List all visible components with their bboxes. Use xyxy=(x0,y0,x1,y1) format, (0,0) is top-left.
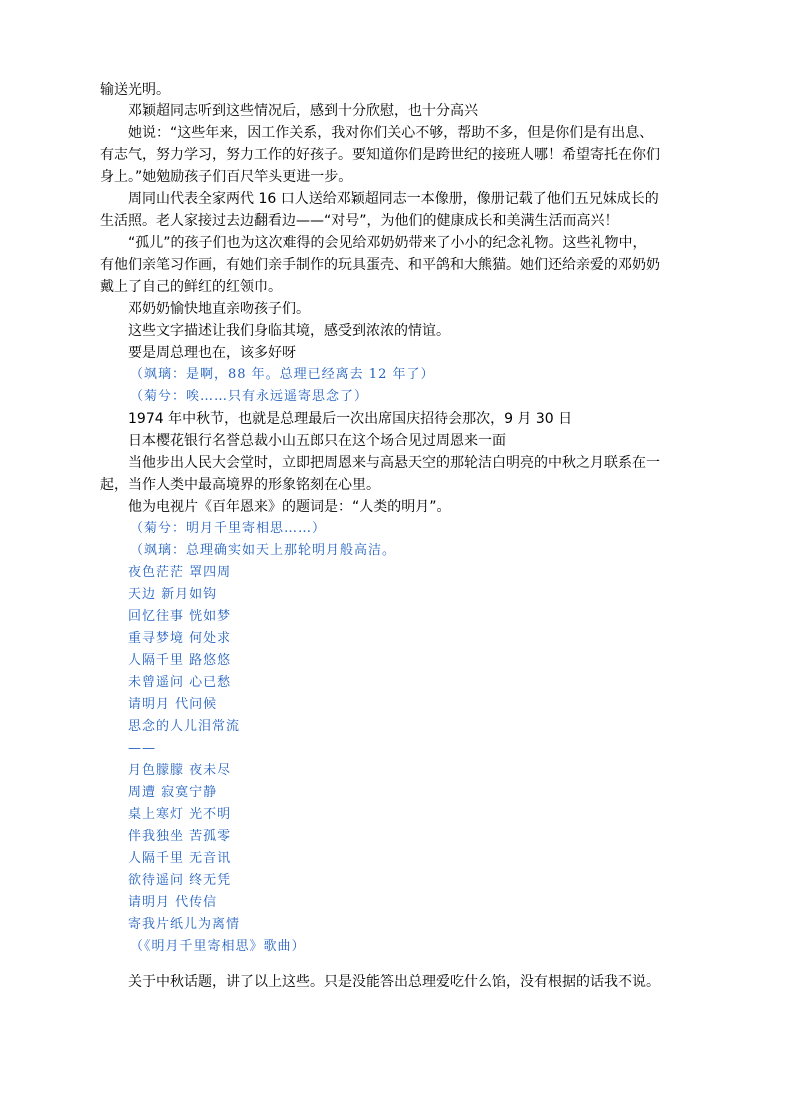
song-lyric-line: 天边 新月如钩 xyxy=(128,585,217,605)
closing-paragraph: 关于中秋话题，讲了以上这些。只是没能答出总理爱吃什么馅，没有根据的话我不说。 xyxy=(128,972,660,992)
song-lyric-line: 请明月 代传信 xyxy=(128,893,217,913)
comment-line: （菊兮：唉……只有永远遥寄思念了） xyxy=(130,387,368,407)
song-lyric-line: 寄我片纸儿为离情 xyxy=(128,915,240,935)
paragraph-line: 要是周总理也在，该多好呀 xyxy=(128,343,296,363)
paragraph-line: 1974 年中秋节，也就是总理最后一次出席国庆招待会那次，9 月 30 日 xyxy=(128,409,572,429)
song-lyric-line: 回忆往事 恍如梦 xyxy=(128,607,231,627)
paragraph-line: 起，当作人类中最高境界的形象铭刻在心里。 xyxy=(100,475,380,495)
paragraph-line: 周同山代表全家两代 16 口人送给邓颖超同志一本像册，像册记载了他们五兄妹成长的 xyxy=(128,189,659,209)
song-lyric-line: 伴我独坐 苦孤零 xyxy=(128,827,231,847)
comment-line: （飒璃：总理确实如天上那轮明月般高洁。 xyxy=(130,541,396,561)
song-separator: —— xyxy=(128,739,156,759)
paragraph-line: 当他步出人民大会堂时，立即把周恩来与高悬天空的那轮洁白明亮的中秋之月联系在一 xyxy=(128,453,660,473)
paragraph-line: 有他们亲笔习作画，有她们亲手制作的玩具蛋壳、和平鸽和大熊猫。她们还给亲爱的邓奶奶 xyxy=(100,255,660,275)
paragraph-line: 日本樱花银行名誉总裁小山五郎只在这个场合见过周恩来一面 xyxy=(128,431,506,451)
song-lyric-line: 请明月 代问候 xyxy=(128,695,217,715)
paragraph-line: 生活照。老人家接过去边翻看边——“对号”，为他们的健康成长和美满生活而高兴！ xyxy=(100,211,619,231)
song-lyric-line: 月色朦朦 夜未尽 xyxy=(128,761,231,781)
song-lyric-line: 桌上寒灯 光不明 xyxy=(128,805,231,825)
paragraph-line: “孤儿”的孩子们也为这次难得的会见给邓奶奶带来了小小的纪念礼物。这些礼物中， xyxy=(128,233,647,253)
song-lyric-line: 思念的人儿泪常流 xyxy=(128,717,240,737)
paragraph-line: 她说：“这些年来，因工作关系，我对你们关心不够，帮助不多，但是你们是有出息、 xyxy=(128,123,653,143)
paragraph-line: 戴上了自己的鲜红的红领巾。 xyxy=(100,277,282,297)
song-lyric-line: 欲待遥问 终无凭 xyxy=(128,871,231,891)
paragraph-line: 他为电视片《百年恩来》的题词是：“人类的明月”。 xyxy=(128,497,451,517)
comment-line: （菊兮：明月千里寄相思……） xyxy=(130,519,326,539)
paragraph-line: 有志气，努力学习，努力工作的好孩子。要知道你们是跨世纪的接班人哪！希望寄托在你们 xyxy=(100,145,660,165)
paragraph-line: 邓奶奶愉快地直亲吻孩子们。 xyxy=(128,299,310,319)
song-lyric-line: 重寻梦境 何处求 xyxy=(128,629,231,649)
song-lyric-line: 周遭 寂寞宁静 xyxy=(128,783,217,803)
comment-line: （飒璃：是啊，88 年。总理已经离去 12 年了） xyxy=(130,365,434,385)
song-lyric-line: 人隔千里 路悠悠 xyxy=(128,651,231,671)
song-lyric-line: 未曾遥问 心已愁 xyxy=(128,673,231,693)
song-lyric-line: 人隔千里 无音讯 xyxy=(128,849,231,869)
paragraph-line: 这些文字描述让我们身临其境，感受到浓浓的情谊。 xyxy=(128,321,450,341)
paragraph-line: 身上。”她勉励孩子们百尺竿头更进一步。 xyxy=(100,167,352,187)
paragraph-line: 邓颖超同志听到这些情况后，感到十分欣慰，也十分高兴 xyxy=(128,101,478,121)
song-credit-line: （《明月千里寄相思》歌曲） xyxy=(130,937,306,957)
song-lyric-line: 夜色茫茫 罩四周 xyxy=(128,563,231,583)
paragraph-line: 输送光明。 xyxy=(100,80,170,100)
